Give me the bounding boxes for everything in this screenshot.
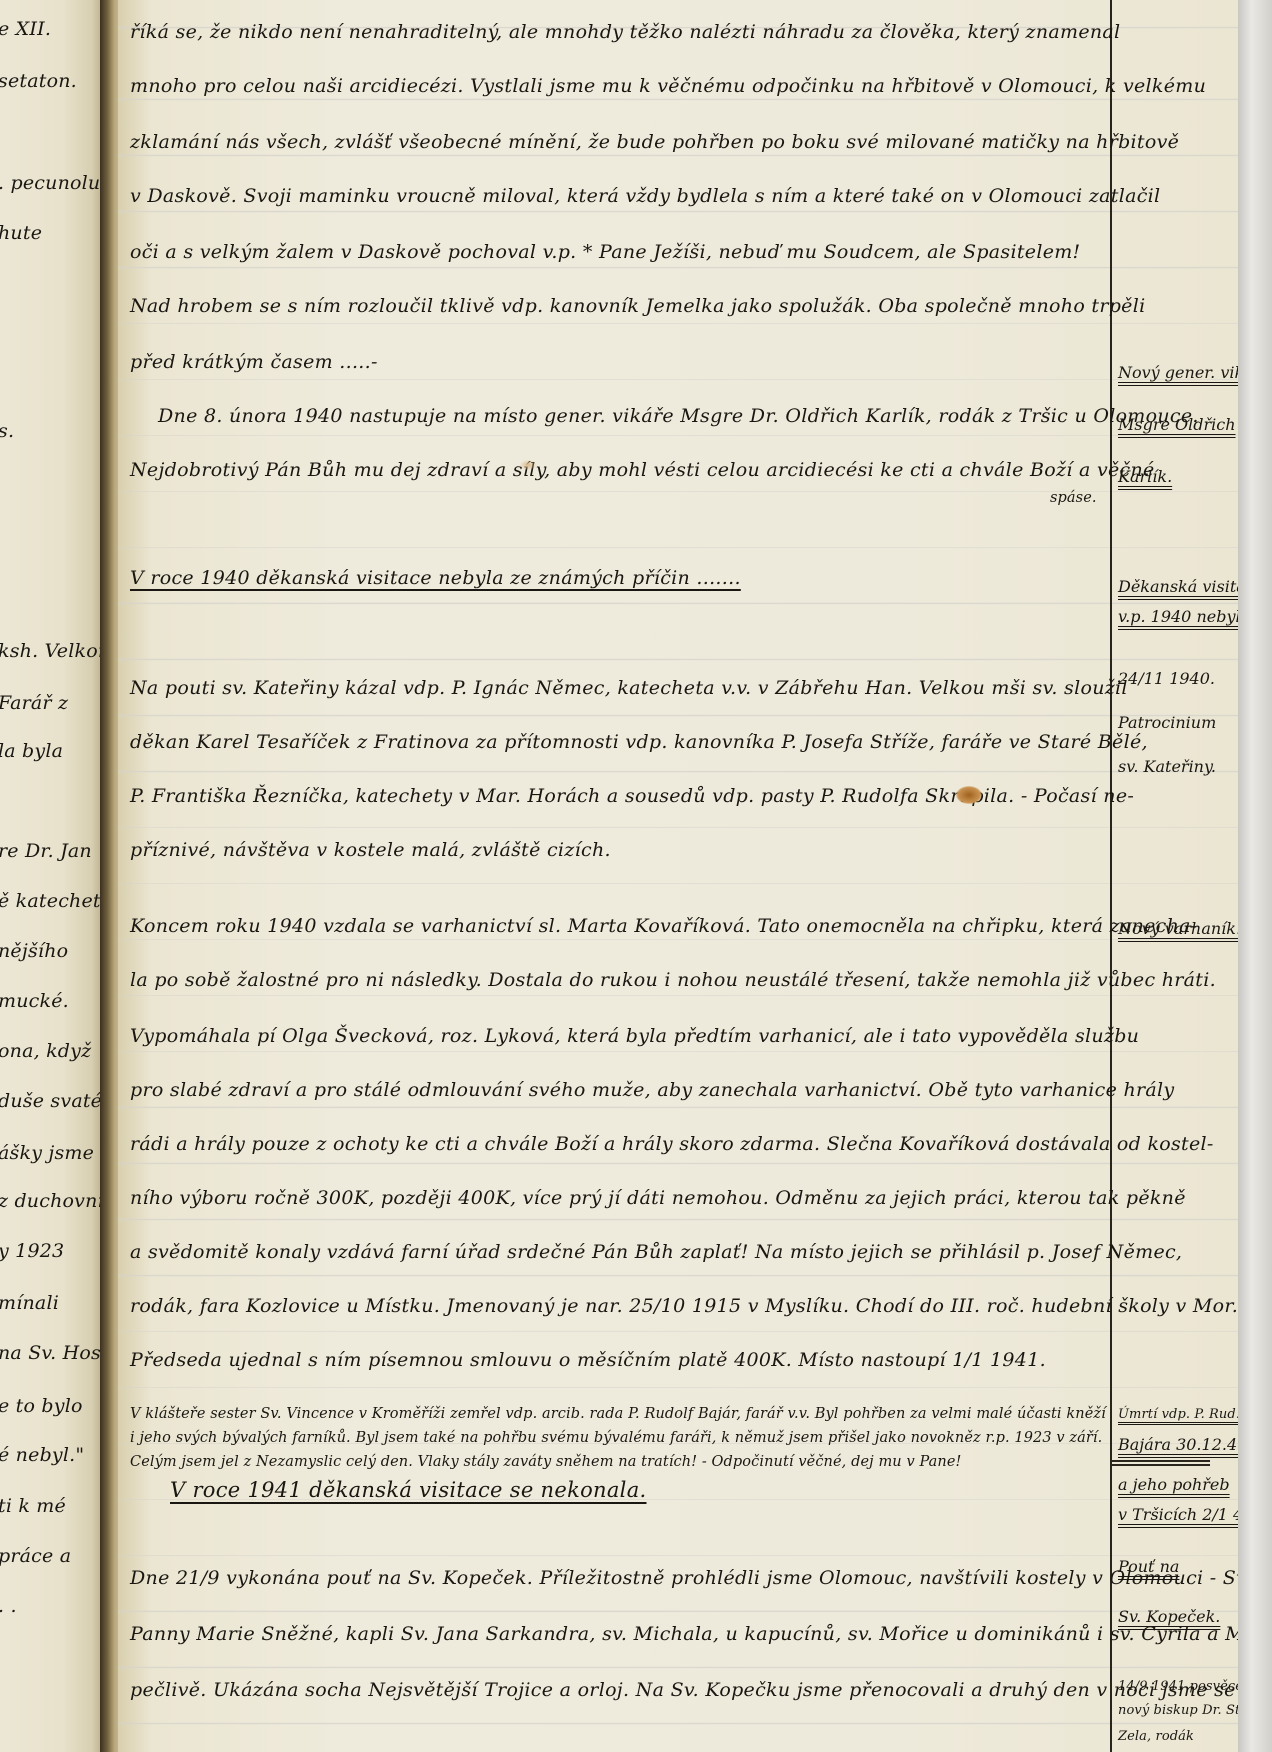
handwritten-line: Vypomáhala pí Olga Švecková, roz. Lyková… [130, 1024, 1139, 1048]
left-page-text-fragment: setaton. [0, 70, 77, 92]
margin-note: Msgre Oldřich [1118, 414, 1236, 436]
handwritten-line: Předseda ujednal s ním písemnou smlouvu … [130, 1348, 1046, 1372]
handwritten-line: děkan Karel Tesaříček z Fratinova za pří… [130, 730, 1148, 754]
left-page-text-fragment: z duchovní [0, 1190, 104, 1212]
handwritten-line: Nejdobrotivý Pán Bůh mu dej zdraví a síl… [130, 458, 1155, 482]
marginal-rule [1112, 1464, 1210, 1466]
left-page-text-fragment: ti k mé [0, 1495, 66, 1517]
left-page-text-fragment: na Sv. Hostýně [0, 1342, 104, 1364]
margin-note: v Tršicích 2/1 41. [1118, 1504, 1238, 1526]
margin-note: Nový varhaník. [1118, 918, 1238, 940]
margin-note: Pouť na [1118, 1556, 1179, 1578]
left-page-text-fragment: hute [0, 222, 42, 244]
handwritten-line: P. Františka Řezníčka, katechety v Mar. … [130, 784, 1134, 808]
ink-stain [956, 786, 982, 804]
margin-note: a jeho pohřeb [1118, 1474, 1230, 1496]
left-page-text-fragment: e to bylo [0, 1395, 83, 1417]
handwritten-line: říká se, že nikdo není nenahraditelný, a… [130, 20, 1120, 44]
paper-blemish [520, 460, 536, 470]
handwritten-line: spáse. [1050, 486, 1097, 510]
left-page-text-fragment: ksh. Velkon [0, 640, 104, 662]
left-page-text-fragment: mínali [0, 1292, 59, 1314]
handwritten-line: Celým jsem jel z Nezamyslic celý den. Vl… [130, 1450, 961, 1474]
handwritten-line: Nad hrobem se s ním rozloučil tklivě vdp… [130, 294, 1145, 318]
margin-note: Karlík. [1118, 466, 1172, 488]
margin-note: 24/11 1940. [1118, 668, 1215, 690]
left-page-text-fragment: . . [0, 1595, 17, 1617]
left-page-text-fragment: ě katechetou [0, 890, 104, 912]
page-edge [1238, 0, 1272, 1752]
handwritten-line: ního výboru ročně 300K, později 400K, ví… [130, 1186, 1186, 1210]
handwritten-line: oči a s velkým žalem v Daskově pochoval … [130, 240, 1081, 264]
left-page-text-fragment: nějšího [0, 940, 68, 962]
handwritten-line: příznivé, návštěva v kostele malá, zvláš… [130, 838, 611, 862]
left-page-text-fragment: Farář z [0, 692, 68, 714]
left-page-text-fragment: é nebyl." [0, 1444, 84, 1466]
handwritten-line: v Daskově. Svoji maminku vroucně miloval… [130, 184, 1160, 208]
left-page-text-fragment: ášky jsme [0, 1142, 94, 1164]
margin-note: v.p. 1940 nebyla. [1118, 606, 1238, 628]
left-page-text-fragment: ona, když [0, 1040, 91, 1062]
left-page-text-fragment: y 1923 [0, 1240, 64, 1262]
margin-note: Bajára 30.12.40. [1118, 1434, 1238, 1456]
handwritten-line: Dne 21/9 vykonána pouť na Sv. Kopeček. P… [130, 1566, 1238, 1590]
handwritten-line: la po sobě žalostné pro ni následky. Dos… [130, 968, 1216, 992]
margin-note: Úmrtí vdp. P. Rud. [1118, 1404, 1238, 1426]
handwritten-line: mnoho pro celou naši arcidiecézi. Vystla… [130, 74, 1206, 98]
handwritten-line: pečlivě. Ukázána socha Nejsvětější Troji… [130, 1678, 1236, 1702]
left-page-text-fragment: e XII. [0, 18, 51, 40]
left-page-text-fragment: . pecunolum [0, 172, 104, 194]
left-page-text-fragment: s. [0, 420, 14, 442]
margin-note: Sv. Kopeček. [1118, 1606, 1220, 1628]
margin-note: Nový gener. vikář [1118, 362, 1238, 384]
margin-note: sv. Kateřiny. [1118, 756, 1216, 778]
margin-note: Děkanská visitace [1118, 576, 1238, 598]
handwritten-line: Na pouti sv. Kateřiny kázal vdp. P. Igná… [130, 676, 1128, 700]
left-page-text-fragment: re Dr. Jan [0, 840, 92, 862]
margin-note: Patrocinium [1118, 712, 1216, 734]
margin-note: Zela, rodák [1118, 1726, 1194, 1748]
marginal-rule [1112, 1460, 1210, 1462]
handwritten-line: a svědomitě konaly vzdává farní úřad srd… [130, 1240, 1182, 1264]
handwritten-line: rodák, fara Kozlovice u Místku. Jmenovan… [130, 1294, 1238, 1318]
ledger-page: říká se, že nikdo není nenahraditelný, a… [118, 0, 1238, 1752]
handwritten-line: Koncem roku 1940 vzdala se varhanictví s… [130, 914, 1197, 938]
handwritten-line: Panny Marie Sněžné, kapli Sv. Jana Sarka… [130, 1622, 1238, 1646]
margin-divider-line [1110, 0, 1112, 1752]
margin-note: 14/9 1941 posvěcen [1118, 1676, 1238, 1698]
handwritten-line: zklamání nás všech, zvlášť všeobecné mín… [130, 130, 1179, 154]
left-page-text-fragment: la byla [0, 740, 63, 762]
section-heading: V roce 1941 děkanská visitace se nekonal… [170, 1478, 647, 1502]
left-page-text-fragment: práce a [0, 1545, 71, 1567]
handwritten-line: V klášteře sester Sv. Vincence v Kroměří… [130, 1402, 1106, 1426]
section-heading: V roce 1940 děkanská visitace nebyla ze … [130, 566, 741, 590]
handwritten-line: před krátkým časem .....- [130, 350, 378, 374]
handwritten-line: Dne 8. února 1940 nastupuje na místo gen… [158, 404, 1199, 428]
left-page-fragment: e XII.setaton.. pecunolumhutes.ksh. Velk… [0, 0, 104, 1752]
handwritten-line: rádi a hrály pouze z ochoty ke cti a chv… [130, 1132, 1214, 1156]
handwritten-line: i jeho svých bývalých farníků. Byl jsem … [130, 1426, 1102, 1450]
handwritten-line: pro slabé zdraví a pro stálé odmlouvání … [130, 1078, 1174, 1102]
left-page-text-fragment: mucké. [0, 990, 69, 1012]
margin-note: nový biskup Dr. Stan. [1118, 1700, 1238, 1722]
left-page-text-fragment: duše svaté, [0, 1090, 104, 1112]
